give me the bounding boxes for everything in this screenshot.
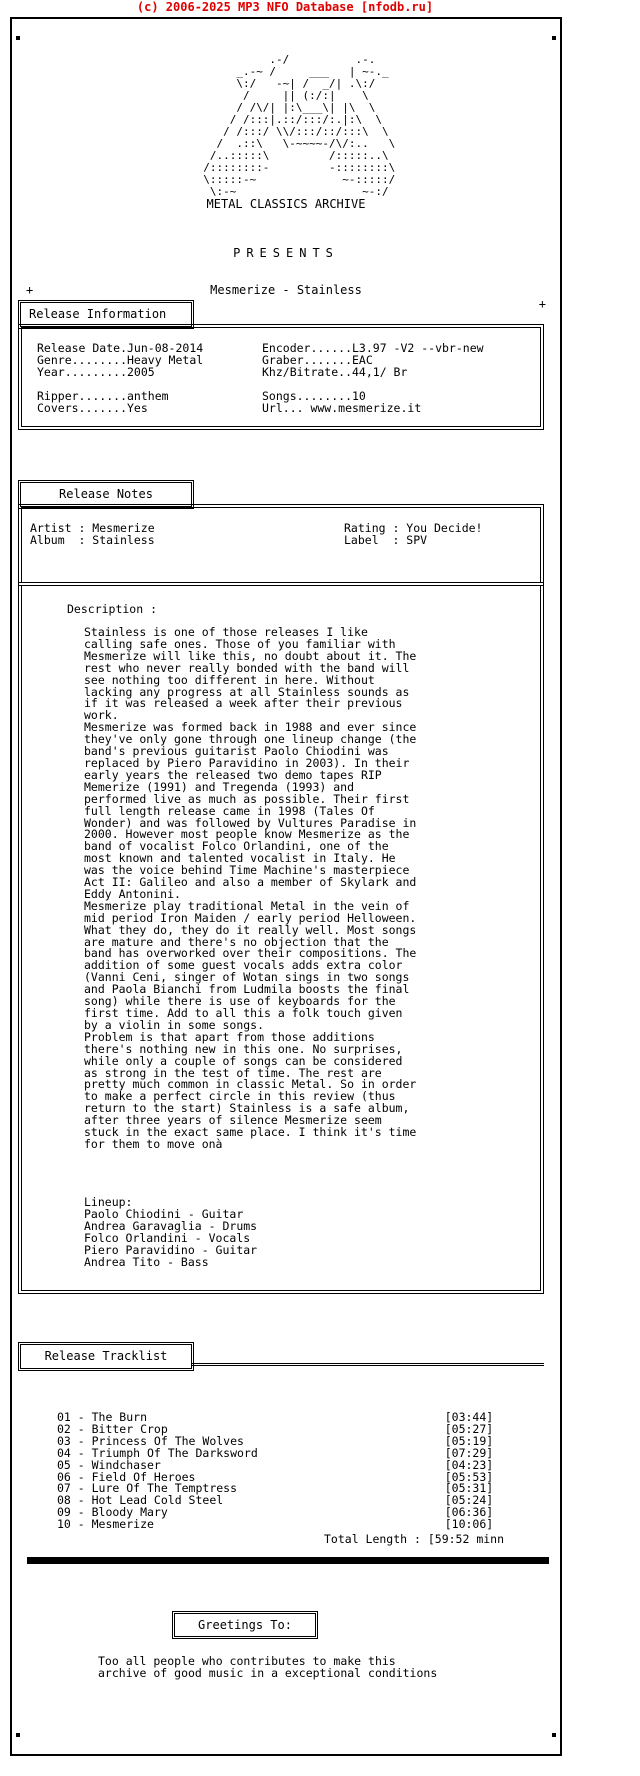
description-heading: Description : bbox=[67, 604, 157, 616]
bullet-left-icon: + bbox=[26, 283, 33, 297]
tracklist-divider bbox=[192, 1363, 544, 1366]
total-length: Total Length : [59:52 minn bbox=[324, 1534, 504, 1546]
album-line: Album : Stainless bbox=[30, 535, 155, 547]
release-title: Mesmerize - Stainless bbox=[12, 283, 560, 297]
tab-release-tracklist: Release Tracklist bbox=[18, 1342, 194, 1371]
copyright-banner: (c) 2006-2025 MP3 NFO Database [nfodb.ru… bbox=[0, 0, 570, 14]
greetings-heading: Greetings To: bbox=[172, 1611, 318, 1639]
description-body: Stainless is one of those releases I lik… bbox=[84, 627, 416, 1151]
lineup-list: Paolo Chiodini - Guitar Andrea Garavagli… bbox=[84, 1209, 257, 1269]
release-notes-header-panel: Artist : Mesmerize Album : Stainless Rat… bbox=[18, 504, 544, 586]
label-line: Label : SPV bbox=[344, 535, 427, 547]
release-notes-description-panel: Description : Stainless is one of those … bbox=[18, 582, 544, 1294]
corner-marker-icon bbox=[16, 1733, 20, 1737]
release-info-right: Encoder......L3.97 -V2 --vbr-new Graber.… bbox=[262, 343, 484, 414]
release-title-line: + Mesmerize - Stainless + bbox=[12, 283, 560, 297]
presents-heading: PRESENTS bbox=[12, 246, 560, 260]
ascii-logo: .-/ .-. _.-~ / ___ | ~-._ \:/ -~| / _/| … bbox=[12, 54, 560, 211]
nfo-frame: .-/ .-. _.-~ / ___ | ~-._ \:/ -~| / _/| … bbox=[10, 17, 562, 1756]
greetings-text: Too all people who contributes to make t… bbox=[98, 1656, 437, 1680]
corner-marker-icon bbox=[552, 1733, 556, 1737]
section-divider-bar bbox=[27, 1557, 549, 1564]
release-info-left: Release Date.Jun-08-2014 Genre........He… bbox=[37, 343, 203, 414]
bullet-right-icon: + bbox=[539, 297, 546, 311]
corner-marker-icon bbox=[552, 36, 556, 40]
release-information-panel: Release Date.Jun-08-2014 Genre........He… bbox=[18, 324, 544, 430]
ascii-logo-art: .-/ .-. _.-~ / ___ | ~-._ \:/ -~| / _/| … bbox=[177, 54, 396, 198]
tracklist: 01 - The Burn [03:44] 02 - Bitter Crop [… bbox=[57, 1412, 493, 1531]
corner-marker-icon bbox=[16, 36, 20, 40]
archive-name: METAL CLASSICS ARCHIVE bbox=[12, 198, 560, 211]
